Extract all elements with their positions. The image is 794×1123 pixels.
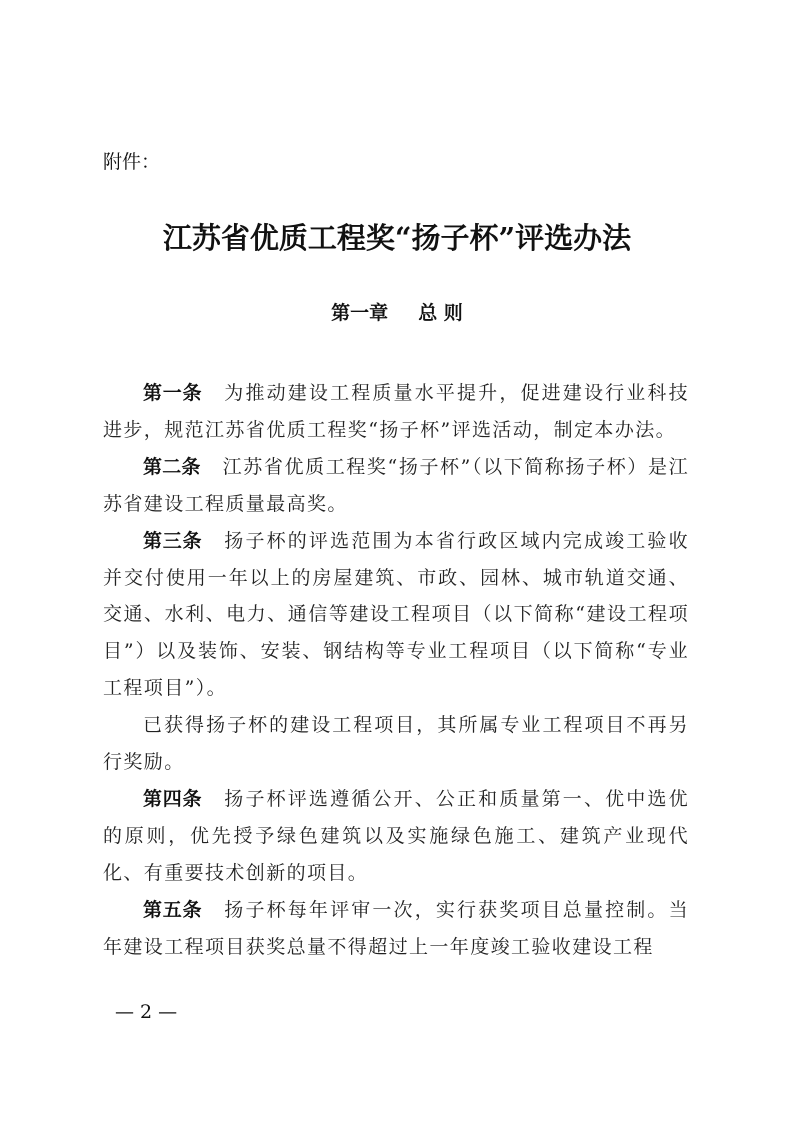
- article-label: 第二条: [143, 456, 201, 478]
- chapter-number: 第一章: [331, 302, 388, 324]
- article-3-supplement: 已获得扬子杯的建设工程项目，其所属专业工程项目不再另行奖励。: [103, 707, 689, 781]
- article-label: 第一条: [143, 382, 202, 404]
- article-3: 第三条扬子杯的评选范围为本省行政区域内完成竣工验收并交付使用一年以上的房屋建筑、…: [103, 523, 689, 708]
- article-4: 第四条扬子杯评选遵循公开、公正和质量第一、优中选优的原则，优先授予绿色建筑以及实…: [103, 781, 689, 892]
- article-5: 第五条扬子杯每年评审一次，实行获奖项目总量控制。当年建设工程项目获奖总量不得超过…: [103, 892, 689, 966]
- article-label: 第五条: [143, 899, 202, 921]
- document-title: 江苏省优质工程奖“扬子杯”评选办法: [0, 218, 794, 258]
- article-label: 第四条: [143, 788, 202, 810]
- chapter-name: 总 则: [418, 302, 463, 324]
- page-number: — 2 —: [115, 1000, 177, 1024]
- chapter-heading: 第一章总 则: [0, 300, 794, 326]
- attachment-label: 附件：: [103, 150, 160, 174]
- article-label: 第三条: [143, 530, 202, 552]
- article-2: 第二条江苏省优质工程奖“扬子杯”（以下简称扬子杯）是江苏省建设工程质量最高奖。: [103, 449, 689, 523]
- paragraph-text: 已获得扬子杯的建设工程项目，其所属专业工程项目不再另行奖励。: [103, 714, 689, 773]
- document-body: 第一条为推动建设工程质量水平提升，促进建设行业科技进步，规范江苏省优质工程奖“扬…: [103, 375, 689, 966]
- article-1: 第一条为推动建设工程质量水平提升，促进建设行业科技进步，规范江苏省优质工程奖“扬…: [103, 375, 689, 449]
- document-page: 附件： 江苏省优质工程奖“扬子杯”评选办法 第一章总 则 第一条为推动建设工程质…: [0, 0, 794, 1123]
- article-text: 扬子杯的评选范围为本省行政区域内完成竣工验收并交付使用一年以上的房屋建筑、市政、…: [103, 530, 689, 700]
